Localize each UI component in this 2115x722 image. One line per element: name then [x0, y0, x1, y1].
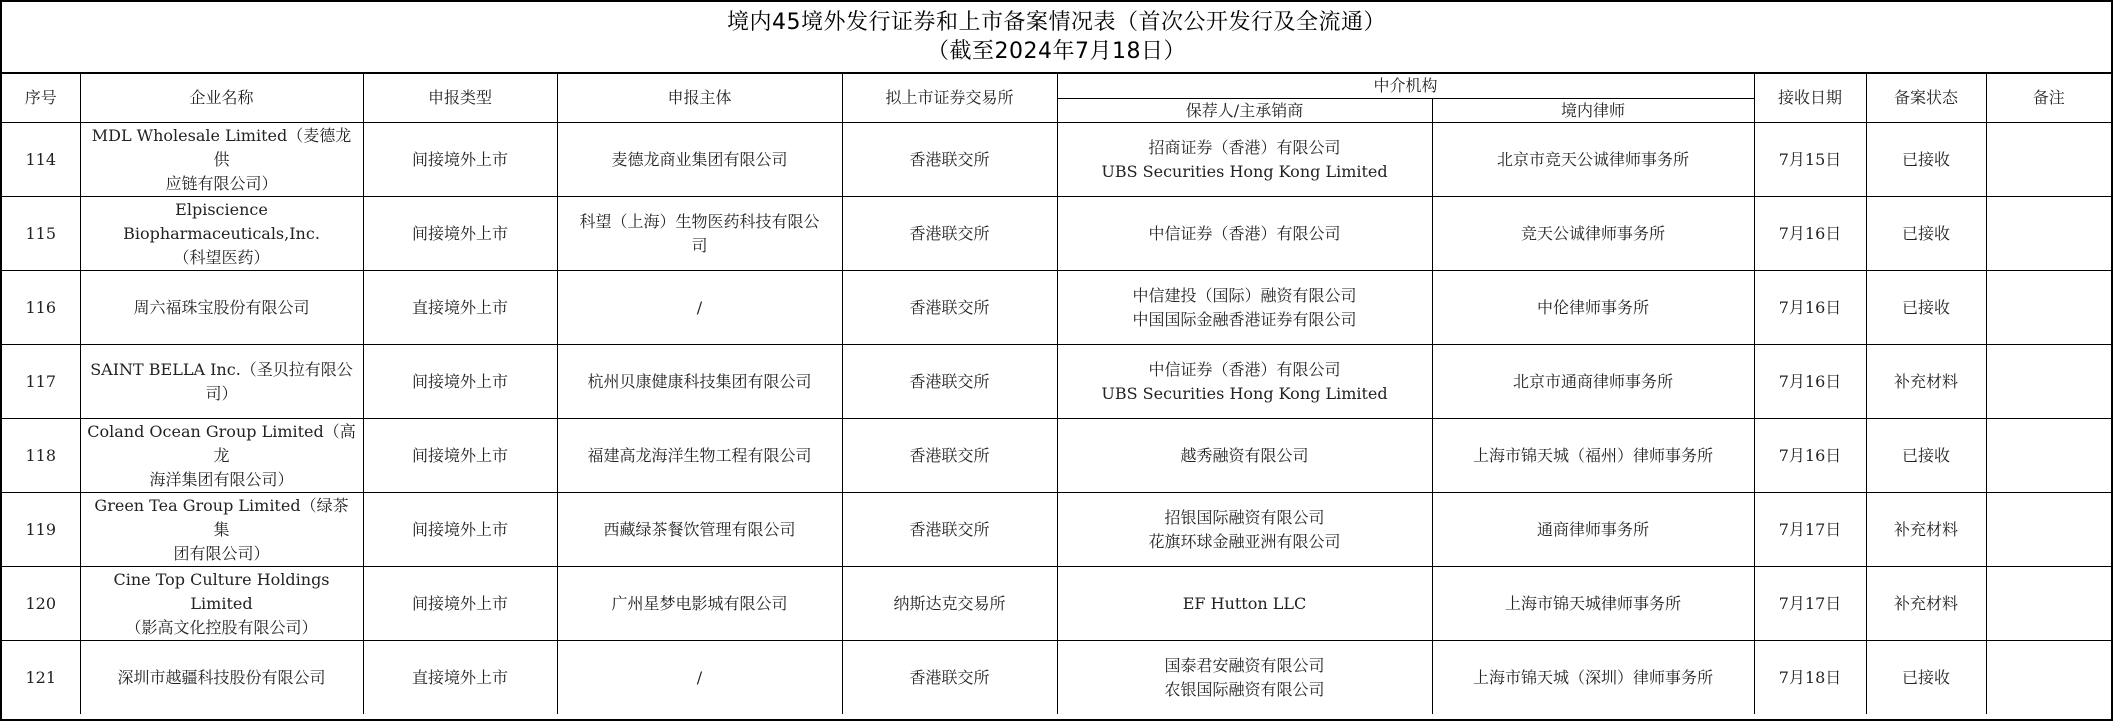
sponsor-cell-line: 招商证券（香港）有限公司	[1064, 136, 1426, 160]
received-date-cell: 7月17日	[1754, 567, 1866, 641]
header-row: 序号 企业名称 申报类型 申报主体 拟上市证券交易所 中介机构 接收日期 备案状…	[2, 74, 2111, 99]
col-header-applicant: 申报主体	[557, 74, 842, 123]
lawyer-cell: 北京市竞天公诚律师事务所	[1432, 123, 1754, 197]
sponsor-cell-line: 花旗环球金融亚洲有限公司	[1064, 530, 1426, 554]
seq-cell: 114	[2, 123, 80, 197]
col-header-date: 接收日期	[1754, 74, 1866, 123]
table-row: 116周六福珠宝股份有限公司直接境外上市/香港联交所中信建投（国际）融资有限公司…	[2, 271, 2111, 345]
col-header-sponsor: 保荐人/主承销商	[1057, 99, 1432, 123]
company-name-cell-line: 司）	[87, 382, 357, 406]
company-name-cell-line: SAINT BELLA Inc.（圣贝拉有限公	[87, 358, 357, 382]
exchange-cell: 香港联交所	[842, 197, 1057, 271]
status-cell: 补充材料	[1866, 493, 1986, 567]
filing-type-cell: 直接境外上市	[363, 271, 557, 345]
filing-table: 序号 企业名称 申报类型 申报主体 拟上市证券交易所 中介机构 接收日期 备案状…	[2, 74, 2111, 714]
seq-cell: 119	[2, 493, 80, 567]
company-name-cell-line: 海洋集团有限公司）	[87, 468, 357, 492]
lawyer-cell: 通商律师事务所	[1432, 493, 1754, 567]
applicant-cell-line: 西藏绿茶餐饮管理有限公司	[564, 518, 836, 542]
company-name-cell-line: Elpiscience Biopharmaceuticals,Inc.	[87, 198, 357, 246]
sponsor-cell: 中信证券（香港）有限公司UBS Securities Hong Kong Lim…	[1057, 345, 1432, 419]
sponsor-cell-line: 农银国际融资有限公司	[1064, 678, 1426, 702]
company-name-cell: Green Tea Group Limited（绿茶集团有限公司）	[80, 493, 363, 567]
exchange-cell: 香港联交所	[842, 493, 1057, 567]
company-name-cell: SAINT BELLA Inc.（圣贝拉有限公司）	[80, 345, 363, 419]
as-of-date: （截至2024年7月18日）	[927, 37, 1186, 66]
col-header-status: 备案状态	[1866, 74, 1986, 123]
page-title: 境内45境外发行证券和上市备案情况表（首次公开发行及全流通）	[727, 8, 1386, 37]
remark-cell	[1986, 493, 2111, 567]
applicant-cell-line: 广州星梦电影城有限公司	[564, 592, 836, 616]
company-name-cell: Elpiscience Biopharmaceuticals,Inc.（科望医药…	[80, 197, 363, 271]
filing-type-cell: 直接境外上市	[363, 641, 557, 715]
table-body: 114MDL Wholesale Limited（麦德龙供应链有限公司）间接境外…	[2, 123, 2111, 715]
applicant-cell-line: 杭州贝康健康科技集团有限公司	[564, 370, 836, 394]
table-row: 114MDL Wholesale Limited（麦德龙供应链有限公司）间接境外…	[2, 123, 2111, 197]
status-cell: 已接收	[1866, 197, 1986, 271]
remark-cell	[1986, 271, 2111, 345]
applicant-cell: 麦德龙商业集团有限公司	[557, 123, 842, 197]
company-name-cell-line: Green Tea Group Limited（绿茶集	[87, 494, 357, 542]
sponsor-cell-line: 中国国际金融香港证券有限公司	[1064, 308, 1426, 332]
received-date-cell: 7月15日	[1754, 123, 1866, 197]
col-header-lawyer: 境内律师	[1432, 99, 1754, 123]
applicant-cell: 西藏绿茶餐饮管理有限公司	[557, 493, 842, 567]
applicant-cell: 福建高龙海洋生物工程有限公司	[557, 419, 842, 493]
status-cell: 已接收	[1866, 271, 1986, 345]
company-name-cell-line: Coland Ocean Group Limited（高龙	[87, 420, 357, 468]
company-name-cell-line: 深圳市越疆科技股份有限公司	[87, 666, 357, 690]
col-header-intermediary: 中介机构	[1057, 74, 1754, 99]
filing-type-cell: 间接境外上市	[363, 197, 557, 271]
company-name-cell: Cine Top Culture Holdings Limited（影高文化控股…	[80, 567, 363, 641]
seq-cell: 120	[2, 567, 80, 641]
col-header-type: 申报类型	[363, 74, 557, 123]
applicant-cell: 科望（上海）生物医药科技有限公司	[557, 197, 842, 271]
exchange-cell: 香港联交所	[842, 123, 1057, 197]
col-header-seq: 序号	[2, 74, 80, 123]
lawyer-cell: 中伦律师事务所	[1432, 271, 1754, 345]
sponsor-cell-line: 中信证券（香港）有限公司	[1064, 222, 1426, 246]
table-row: 115Elpiscience Biopharmaceuticals,Inc.（科…	[2, 197, 2111, 271]
col-header-exchange: 拟上市证券交易所	[842, 74, 1057, 123]
filing-type-cell: 间接境外上市	[363, 567, 557, 641]
lawyer-cell: 北京市通商律师事务所	[1432, 345, 1754, 419]
sponsor-cell-line: 国泰君安融资有限公司	[1064, 654, 1426, 678]
filing-sheet: 境内45境外发行证券和上市备案情况表（首次公开发行及全流通） （截至2024年7…	[0, 0, 2113, 721]
applicant-cell: 杭州贝康健康科技集团有限公司	[557, 345, 842, 419]
received-date-cell: 7月16日	[1754, 197, 1866, 271]
remark-cell	[1986, 345, 2111, 419]
sponsor-cell-line: 越秀融资有限公司	[1064, 444, 1426, 468]
remark-cell	[1986, 419, 2111, 493]
sponsor-cell: 中信证券（香港）有限公司	[1057, 197, 1432, 271]
received-date-cell: 7月18日	[1754, 641, 1866, 715]
status-cell: 已接收	[1866, 641, 1986, 715]
company-name-cell-line: MDL Wholesale Limited（麦德龙供	[87, 124, 357, 172]
title-area: 境内45境外发行证券和上市备案情况表（首次公开发行及全流通） （截至2024年7…	[2, 2, 2111, 74]
applicant-cell: /	[557, 641, 842, 715]
seq-cell: 117	[2, 345, 80, 419]
filing-type-cell: 间接境外上市	[363, 345, 557, 419]
company-name-cell-line: （影高文化控股有限公司）	[87, 616, 357, 640]
applicant-cell-line: 麦德龙商业集团有限公司	[564, 148, 836, 172]
company-name-cell: 深圳市越疆科技股份有限公司	[80, 641, 363, 715]
received-date-cell: 7月17日	[1754, 493, 1866, 567]
company-name-cell-line: 团有限公司）	[87, 542, 357, 566]
exchange-cell: 香港联交所	[842, 345, 1057, 419]
seq-cell: 118	[2, 419, 80, 493]
sponsor-cell-line: UBS Securities Hong Kong Limited	[1064, 382, 1426, 406]
table-row: 120Cine Top Culture Holdings Limited（影高文…	[2, 567, 2111, 641]
lawyer-cell: 竞天公诚律师事务所	[1432, 197, 1754, 271]
applicant-cell-line: 福建高龙海洋生物工程有限公司	[564, 444, 836, 468]
col-header-remark: 备注	[1986, 74, 2111, 123]
filing-type-cell: 间接境外上市	[363, 493, 557, 567]
company-name-cell: 周六福珠宝股份有限公司	[80, 271, 363, 345]
exchange-cell: 香港联交所	[842, 271, 1057, 345]
status-cell: 已接收	[1866, 419, 1986, 493]
company-name-cell: MDL Wholesale Limited（麦德龙供应链有限公司）	[80, 123, 363, 197]
seq-cell: 121	[2, 641, 80, 715]
exchange-cell: 香港联交所	[842, 641, 1057, 715]
remark-cell	[1986, 641, 2111, 715]
applicant-cell-line: /	[564, 666, 836, 690]
sponsor-cell: EF Hutton LLC	[1057, 567, 1432, 641]
sponsor-cell: 中信建投（国际）融资有限公司中国国际金融香港证券有限公司	[1057, 271, 1432, 345]
sponsor-cell-line: EF Hutton LLC	[1064, 592, 1426, 616]
applicant-cell-line: 司	[564, 234, 836, 258]
lawyer-cell: 上海市锦天城（深圳）律师事务所	[1432, 641, 1754, 715]
sponsor-cell-line: UBS Securities Hong Kong Limited	[1064, 160, 1426, 184]
remark-cell	[1986, 123, 2111, 197]
seq-cell: 115	[2, 197, 80, 271]
applicant-cell: /	[557, 271, 842, 345]
lawyer-cell: 上海市锦天城律师事务所	[1432, 567, 1754, 641]
exchange-cell: 纳斯达克交易所	[842, 567, 1057, 641]
sponsor-cell: 越秀融资有限公司	[1057, 419, 1432, 493]
status-cell: 补充材料	[1866, 345, 1986, 419]
received-date-cell: 7月16日	[1754, 271, 1866, 345]
sponsor-cell: 招银国际融资有限公司花旗环球金融亚洲有限公司	[1057, 493, 1432, 567]
company-name-cell-line: 应链有限公司）	[87, 172, 357, 196]
remark-cell	[1986, 567, 2111, 641]
seq-cell: 116	[2, 271, 80, 345]
table-row: 121深圳市越疆科技股份有限公司直接境外上市/香港联交所国泰君安融资有限公司农银…	[2, 641, 2111, 715]
sponsor-cell: 国泰君安融资有限公司农银国际融资有限公司	[1057, 641, 1432, 715]
table-row: 117SAINT BELLA Inc.（圣贝拉有限公司）间接境外上市杭州贝康健康…	[2, 345, 2111, 419]
applicant-cell-line: /	[564, 296, 836, 320]
status-cell: 已接收	[1866, 123, 1986, 197]
sponsor-cell-line: 招银国际融资有限公司	[1064, 506, 1426, 530]
sponsor-cell-line: 中信建投（国际）融资有限公司	[1064, 284, 1426, 308]
sponsor-cell-line: 中信证券（香港）有限公司	[1064, 358, 1426, 382]
lawyer-cell: 上海市锦天城（福州）律师事务所	[1432, 419, 1754, 493]
sponsor-cell: 招商证券（香港）有限公司UBS Securities Hong Kong Lim…	[1057, 123, 1432, 197]
status-cell: 补充材料	[1866, 567, 1986, 641]
table-row: 119Green Tea Group Limited（绿茶集团有限公司）间接境外…	[2, 493, 2111, 567]
received-date-cell: 7月16日	[1754, 345, 1866, 419]
filing-type-cell: 间接境外上市	[363, 419, 557, 493]
remark-cell	[1986, 197, 2111, 271]
company-name-cell: Coland Ocean Group Limited（高龙海洋集团有限公司）	[80, 419, 363, 493]
applicant-cell: 广州星梦电影城有限公司	[557, 567, 842, 641]
col-header-company: 企业名称	[80, 74, 363, 123]
table-row: 118Coland Ocean Group Limited（高龙海洋集团有限公司…	[2, 419, 2111, 493]
exchange-cell: 香港联交所	[842, 419, 1057, 493]
company-name-cell-line: 周六福珠宝股份有限公司	[87, 296, 357, 320]
company-name-cell-line: Cine Top Culture Holdings Limited	[87, 568, 357, 616]
applicant-cell-line: 科望（上海）生物医药科技有限公	[564, 210, 836, 234]
received-date-cell: 7月16日	[1754, 419, 1866, 493]
company-name-cell-line: （科望医药）	[87, 246, 357, 270]
filing-type-cell: 间接境外上市	[363, 123, 557, 197]
